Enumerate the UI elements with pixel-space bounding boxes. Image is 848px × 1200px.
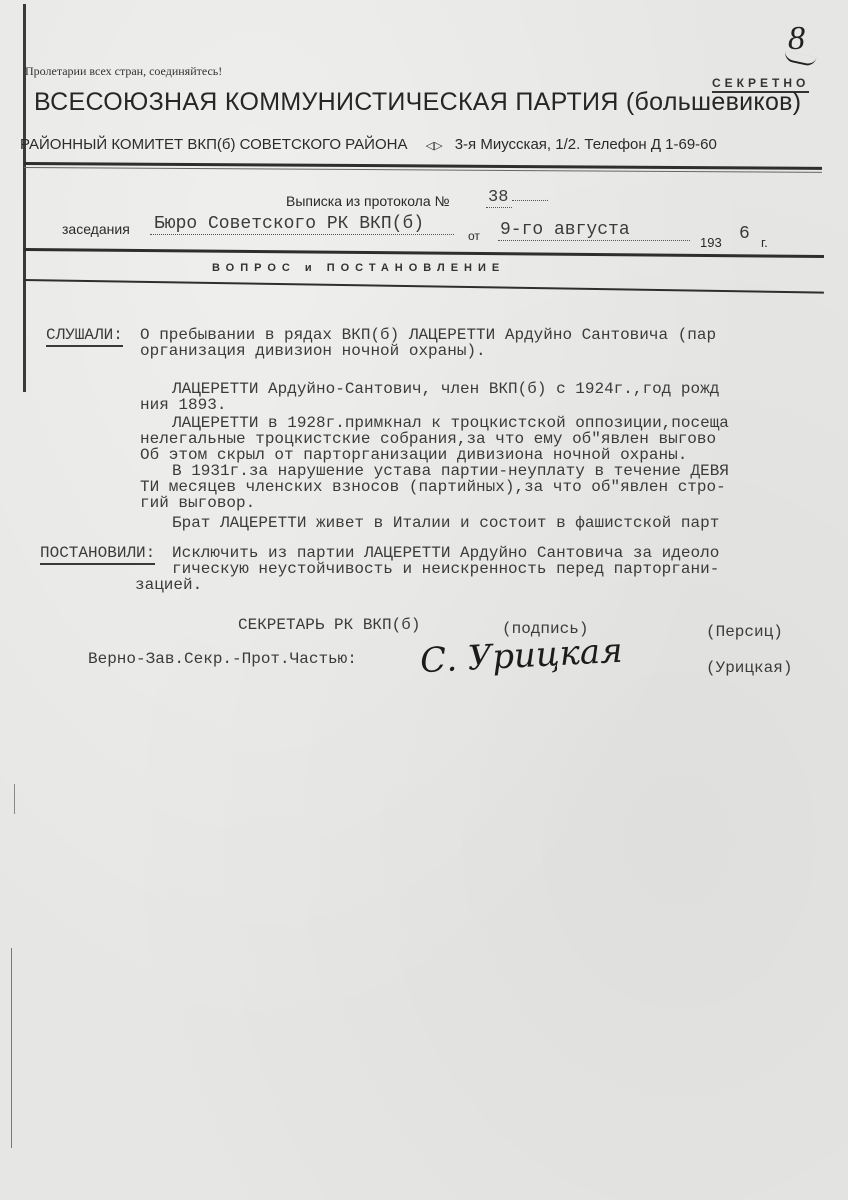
page-number-underline: [783, 51, 816, 67]
paragraph-line: ния 1893.: [140, 397, 719, 413]
secretary-name: (Персиц): [706, 624, 783, 640]
paragraph-line: ТИ месяцев членских взносов (партийных),…: [140, 479, 729, 495]
paragraph-line: Об этом скрыл от парторганизации дивизио…: [140, 447, 729, 463]
extract-rule-bottom: [24, 279, 824, 294]
session-label: заседания: [62, 221, 130, 237]
heard-label: СЛУШАЛИ:: [46, 327, 123, 343]
resolved-text: Исключить из партии ЛАЦЕРЕТТИ Ардуйно Са…: [172, 545, 719, 577]
heard-subject-line: О пребывании в рядах ВКП(б) ЛАЦЕРЕТТИ Ар…: [140, 327, 716, 343]
extract-label: Выписка из протокола №: [286, 193, 450, 209]
heard-paragraph-bio: ЛАЦЕРЕТТИ Ардуйно-Сантович, член ВКП(б) …: [140, 381, 719, 413]
heard-paragraph-trotskyist: ЛАЦЕРЕТТИ в 1928г.примкнал к троцкистско…: [140, 415, 729, 463]
heard-subject: О пребывании в рядах ВКП(б) ЛАЦЕРЕТТИ Ар…: [140, 327, 716, 359]
session-body: Бюро Советского РК ВКП(б): [150, 214, 454, 235]
left-margin-faint-rule-lower: [11, 948, 12, 1148]
session-body-value: Бюро Советского РК ВКП(б): [150, 214, 454, 235]
resolved-text-tail: зацией.: [135, 577, 202, 593]
handwritten-signature: С. Урицкая: [419, 631, 623, 682]
certifier-name: (Урицкая): [706, 660, 792, 676]
resolved-label: ПОСТАНОВИЛИ:: [40, 545, 155, 561]
paragraph-line: В 1931г.за нарушение устава партии-неупл…: [140, 463, 729, 479]
paragraph-line: Брат ЛАЦЕРЕТТИ живет в Италии и состоит …: [140, 515, 719, 531]
resolved-line: зацией.: [135, 577, 202, 593]
secretary-title: СЕКРЕТАРЬ РК ВКП(б): [238, 617, 420, 633]
left-margin-rule: [23, 4, 26, 392]
session-date: 9-го августа: [498, 220, 690, 241]
party-title: ВСЕСОЮЗНАЯ КОММУНИСТИЧЕСКАЯ ПАРТИЯ (боль…: [34, 88, 801, 117]
session-date-value: 9-го августа: [498, 220, 690, 241]
committee-line: РАЙОННЫЙ КОМИТЕТ ВКП(б) СОВЕТСКОГО РАЙОН…: [20, 136, 717, 153]
address-phone: 3-я Миусская, 1/2. Телефон Д 1-69-60: [455, 136, 717, 153]
heard-paragraph-brother: Брат ЛАЦЕРЕТТИ живет в Италии и состоит …: [140, 515, 719, 531]
date-from-label: от: [468, 229, 480, 243]
paragraph-line: гий выговор.: [140, 495, 729, 511]
year-unit: г.: [761, 235, 768, 250]
protocol-number-value: 38: [486, 188, 512, 208]
left-margin-faint-rule: [14, 784, 15, 814]
committee-name: РАЙОННЫЙ КОМИТЕТ ВКП(б) СОВЕТСКОГО РАЙОН…: [20, 136, 407, 153]
paragraph-line: нелегальные троцкистские собрания,за что…: [140, 431, 729, 447]
motto: Пролетарии всех стран, соединяйтесь!: [25, 64, 222, 79]
section-heading: ВОПРОС и ПОСТАНОВЛЕНИЕ: [212, 262, 505, 274]
protocol-number: 38: [486, 188, 548, 208]
heard-paragraph-dues: В 1931г.за нарушение устава партии-неупл…: [140, 463, 729, 511]
paragraph-line: ЛАЦЕРЕТТИ в 1928г.примкнал к троцкистско…: [140, 415, 729, 431]
certified-label: Верно-Зав.Секр.-Прот.Частью:: [88, 651, 357, 667]
year-prefix: 193: [700, 235, 722, 250]
heard-subject-line: организация дивизион ночной охраны).: [140, 343, 716, 359]
resolved-line: Исключить из партии ЛАЦЕРЕТТИ Ардуйно Са…: [172, 545, 719, 561]
year-suffix: 6: [739, 224, 750, 244]
paragraph-line: ЛАЦЕРЕТТИ Ардуйно-Сантович, член ВКП(б) …: [140, 381, 719, 397]
resolved-line: гическую неустойчивость и неискренность …: [172, 561, 719, 577]
resolved-label-text: ПОСТАНОВИЛИ:: [40, 544, 155, 565]
heard-label-text: СЛУШАЛИ:: [46, 326, 123, 347]
diamond-separator-icon: ◁▷: [426, 140, 443, 152]
